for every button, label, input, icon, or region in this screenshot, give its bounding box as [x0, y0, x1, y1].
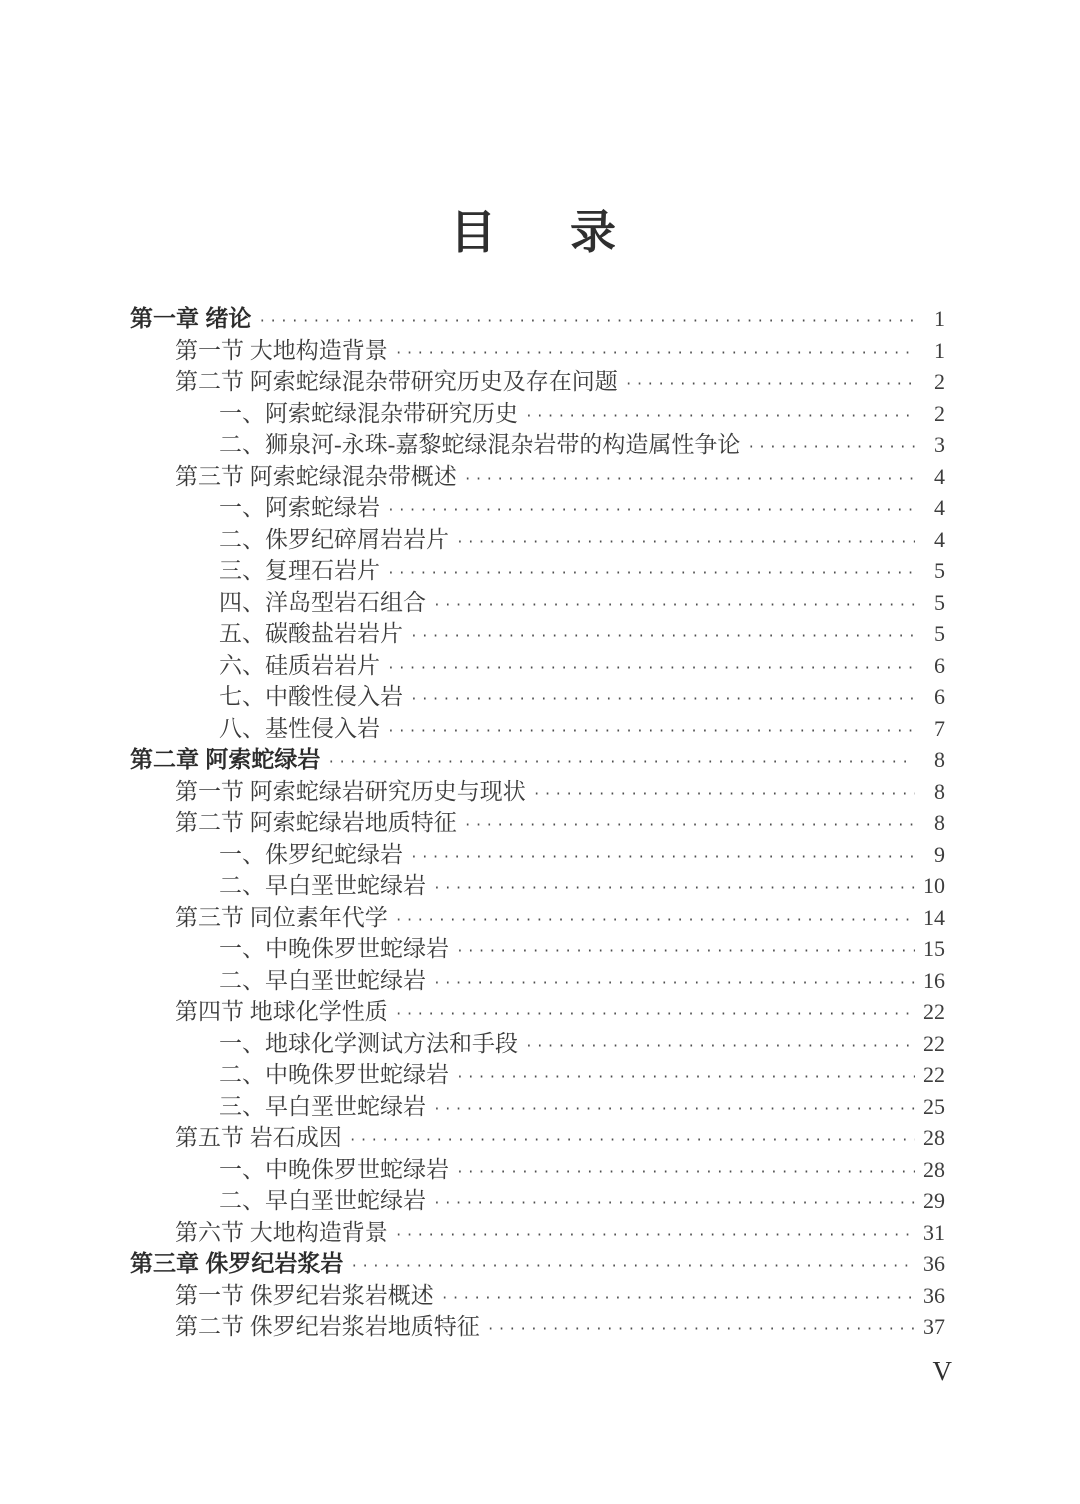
toc-entry: 一、侏罗纪蛇绿岩································… [130, 839, 945, 871]
dot-leader: ········································… [464, 464, 915, 496]
dot-leader: ········································… [525, 1031, 915, 1063]
toc-entry-label: 第三节 阿索蛇绿混杂带概述 [175, 461, 464, 493]
toc-entry-page: 6 [915, 681, 945, 713]
toc-entry-page: 5 [915, 618, 945, 650]
dot-leader: ········································… [410, 842, 915, 874]
toc-entry-label: 二、狮泉河-永珠-嘉黎蛇绿混杂岩带的构造属性争论 [219, 429, 747, 461]
toc-entry-label: 二、早白垩世蛇绿岩 [219, 1185, 433, 1217]
toc-entry: 第二节 阿索蛇绿混杂带研究历史及存在问题····················… [130, 366, 945, 398]
dot-leader: ········································… [456, 1062, 915, 1094]
toc-entry-page: 25 [915, 1091, 945, 1123]
toc-entry-page: 8 [915, 776, 945, 808]
toc-entry-label: 三、早白垩世蛇绿岩 [219, 1091, 433, 1123]
toc-entry: 第三节 同位素年代学······························… [130, 902, 945, 934]
toc-entry-label: 一、侏罗纪蛇绿岩 [219, 839, 410, 871]
toc-entry-label: 第三节 同位素年代学 [175, 902, 395, 934]
toc-entry-page: 28 [915, 1122, 945, 1154]
dot-leader: ········································… [456, 936, 915, 968]
toc-entry: 一、阿索蛇绿混杂带研究历史···························… [130, 398, 945, 430]
toc-entry-page: 10 [915, 870, 945, 902]
toc-entry: 六、硅质岩岩片·································… [130, 650, 945, 682]
toc-entry-label: 一、中晚侏罗世蛇绿岩 [219, 1154, 456, 1186]
toc-entry: 第一章 绪论··································… [130, 303, 945, 335]
toc-entry-label: 第六节 大地构造背景 [175, 1217, 395, 1249]
dot-leader: ········································… [349, 1125, 915, 1157]
toc-entry: 二、早白垩世蛇绿岩·······························… [130, 870, 945, 902]
dot-leader: ········································… [410, 621, 915, 653]
dot-leader: ········································… [433, 873, 915, 905]
dot-leader: ········································… [327, 747, 915, 779]
toc-entry-page: 36 [915, 1248, 945, 1280]
toc-entry-page: 5 [915, 587, 945, 619]
toc-entry-label: 一、中晚侏罗世蛇绿岩 [219, 933, 456, 965]
toc-entry-label: 二、早白垩世蛇绿岩 [219, 965, 433, 997]
dot-leader: ········································… [395, 999, 915, 1031]
toc-entry-page: 8 [915, 807, 945, 839]
toc-entry-label: 一、阿索蛇绿岩 [219, 492, 387, 524]
toc-entry-label: 第二章 阿索蛇绿岩 [130, 744, 327, 776]
toc-entry-label: 七、中酸性侵入岩 [219, 681, 410, 713]
toc-entry-page: 16 [915, 965, 945, 997]
toc-entry-page: 22 [915, 1059, 945, 1091]
toc-entry-page: 1 [915, 303, 945, 335]
toc-entry-page: 4 [915, 492, 945, 524]
toc-entry: 第一节 阿索蛇绿岩研究历史与现状························… [130, 776, 945, 808]
toc-entry-label: 第二节 阿索蛇绿岩地质特征 [175, 807, 464, 839]
toc-entry-page: 6 [915, 650, 945, 682]
dot-leader: ········································… [350, 1251, 915, 1283]
dot-leader: ········································… [433, 590, 915, 622]
toc-entry: 二、侏罗纪碎屑岩岩片······························… [130, 524, 945, 556]
toc-entry-label: 一、地球化学测试方法和手段 [219, 1028, 525, 1060]
toc-entry: 第六节 大地构造背景······························… [130, 1217, 945, 1249]
toc-entry: 五、碳酸盐岩岩片································… [130, 618, 945, 650]
toc-entry: 八、基性侵入岩·································… [130, 713, 945, 745]
dot-leader: ········································… [433, 1188, 915, 1220]
dot-leader: ········································… [464, 810, 915, 842]
toc-entry-page: 37 [915, 1311, 945, 1343]
dot-leader: ········································… [533, 779, 915, 811]
toc-entry-label: 六、硅质岩岩片 [219, 650, 387, 682]
toc-entry-page: 31 [915, 1217, 945, 1249]
toc-entry-page: 7 [915, 713, 945, 745]
toc-entry-page: 2 [915, 398, 945, 430]
toc-entry-page: 22 [915, 996, 945, 1028]
dot-leader: ········································… [747, 432, 915, 464]
toc-entry: 三、复理石岩片·································… [130, 555, 945, 587]
toc-entry-label: 第一节 大地构造背景 [175, 335, 395, 367]
toc-entry-label: 第一章 绪论 [130, 303, 258, 335]
toc-entry-page: 2 [915, 366, 945, 398]
toc-entry-label: 第五节 岩石成因 [175, 1122, 349, 1154]
toc-entry-label: 三、复理石岩片 [219, 555, 387, 587]
toc-entry: 四、洋岛型岩石组合·······························… [130, 587, 945, 619]
toc-entry-page: 36 [915, 1280, 945, 1312]
toc-entry: 二、中晚侏罗世蛇绿岩······························… [130, 1059, 945, 1091]
toc-entry-page: 14 [915, 902, 945, 934]
dot-leader: ········································… [387, 558, 915, 590]
dot-leader: ········································… [525, 401, 915, 433]
toc-entry: 二、早白垩世蛇绿岩·······························… [130, 1185, 945, 1217]
toc-entry-page: 29 [915, 1185, 945, 1217]
toc-entry: 第三章 侏罗纪岩浆岩······························… [130, 1248, 945, 1280]
toc-entry-label: 第三章 侏罗纪岩浆岩 [130, 1248, 350, 1280]
dot-leader: ········································… [395, 338, 915, 370]
toc-entry: 第五节 岩石成因································… [130, 1122, 945, 1154]
toc-entry-label: 第四节 地球化学性质 [175, 996, 395, 1028]
dot-leader: ········································… [395, 905, 915, 937]
toc-entry-page: 5 [915, 555, 945, 587]
toc-entry-page: 4 [915, 524, 945, 556]
dot-leader: ········································… [441, 1283, 915, 1315]
toc-entry: 一、地球化学测试方法和手段···························… [130, 1028, 945, 1060]
toc-entry: 第一节 侏罗纪岩浆岩概述····························… [130, 1280, 945, 1312]
toc-entry-label: 五、碳酸盐岩岩片 [219, 618, 410, 650]
toc-entry-label: 一、阿索蛇绿混杂带研究历史 [219, 398, 525, 430]
toc-entry-page: 3 [915, 429, 945, 461]
toc-entry-page: 22 [915, 1028, 945, 1060]
toc-entry: 一、中晚侏罗世蛇绿岩······························… [130, 1154, 945, 1186]
toc-entry-label: 第二节 侏罗纪岩浆岩地质特征 [175, 1311, 487, 1343]
toc-entry: 三、早白垩世蛇绿岩·······························… [130, 1091, 945, 1123]
toc-entry: 第一节 大地构造背景······························… [130, 335, 945, 367]
toc-entry-label: 四、洋岛型岩石组合 [219, 587, 433, 619]
toc-entry: 第二节 侏罗纪岩浆岩地质特征··························… [130, 1311, 945, 1343]
toc-entry-label: 二、早白垩世蛇绿岩 [219, 870, 433, 902]
toc-entry: 二、早白垩世蛇绿岩·······························… [130, 965, 945, 997]
toc-entry: 第三节 阿索蛇绿混杂带概述···························… [130, 461, 945, 493]
page-number: V [933, 1356, 953, 1387]
dot-leader: ········································… [258, 306, 915, 338]
toc-entry-label: 八、基性侵入岩 [219, 713, 387, 745]
dot-leader: ········································… [433, 1094, 915, 1126]
toc-entry-label: 二、中晚侏罗世蛇绿岩 [219, 1059, 456, 1091]
toc-entry-page: 9 [915, 839, 945, 871]
toc-entry-page: 4 [915, 461, 945, 493]
toc-list: 第一章 绪论··································… [130, 303, 945, 1343]
toc-entry-label: 第二节 阿索蛇绿混杂带研究历史及存在问题 [175, 366, 625, 398]
toc-entry-page: 15 [915, 933, 945, 965]
dot-leader: ········································… [387, 653, 915, 685]
toc-entry: 第二节 阿索蛇绿岩地质特征···························… [130, 807, 945, 839]
toc-entry: 二、狮泉河-永珠-嘉黎蛇绿混杂岩带的构造属性争论················… [130, 429, 945, 461]
dot-leader: ········································… [410, 684, 915, 716]
toc-entry: 七、中酸性侵入岩································… [130, 681, 945, 713]
dot-leader: ········································… [387, 716, 915, 748]
page-title: 目 录 [0, 196, 1080, 262]
toc-entry: 第二章 阿索蛇绿岩·······························… [130, 744, 945, 776]
dot-leader: ········································… [625, 369, 915, 401]
toc-entry: 一、中晚侏罗世蛇绿岩······························… [130, 933, 945, 965]
toc-entry-page: 28 [915, 1154, 945, 1186]
dot-leader: ········································… [456, 1157, 915, 1189]
toc-entry: 一、阿索蛇绿岩·································… [130, 492, 945, 524]
toc-entry-page: 1 [915, 335, 945, 367]
toc-entry-label: 第一节 侏罗纪岩浆岩概述 [175, 1280, 441, 1312]
dot-leader: ········································… [433, 968, 915, 1000]
toc-entry-page: 8 [915, 744, 945, 776]
dot-leader: ········································… [395, 1220, 915, 1252]
toc-entry-label: 二、侏罗纪碎屑岩岩片 [219, 524, 456, 556]
dot-leader: ········································… [387, 495, 915, 527]
dot-leader: ········································… [456, 527, 915, 559]
dot-leader: ········································… [487, 1314, 915, 1346]
toc-entry-label: 第一节 阿索蛇绿岩研究历史与现状 [175, 776, 533, 808]
toc-entry: 第四节 地球化学性质······························… [130, 996, 945, 1028]
document-page: 目 录 第一章 绪论······························… [0, 0, 1080, 1504]
